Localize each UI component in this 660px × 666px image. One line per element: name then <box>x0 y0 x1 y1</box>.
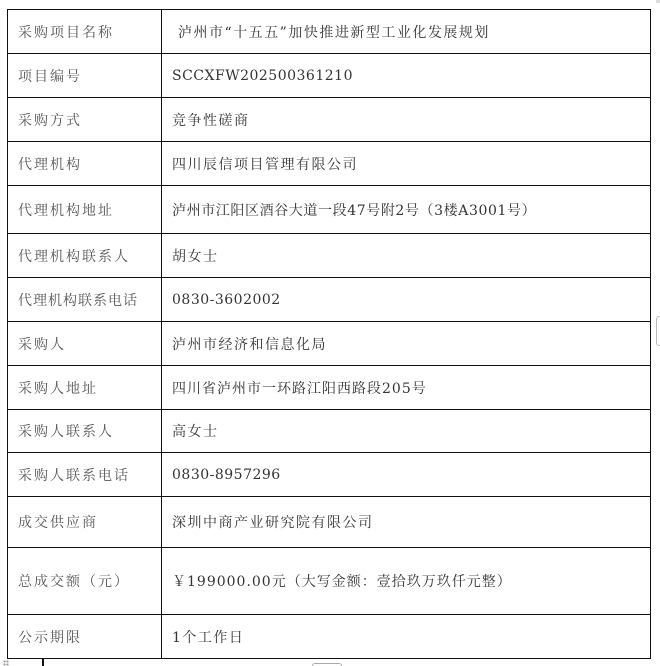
label-agency-phone: 代理机构联系电话 <box>8 278 162 322</box>
label-project-number: 项目编号 <box>8 54 162 98</box>
label-procurement-method: 采购方式 <box>8 98 162 142</box>
corner-artifact <box>656 0 660 3</box>
table-row-purchaser-contact: 采购人联系人 高女士 <box>8 410 651 453</box>
table-row-agency-address: 代理机构地址 泸州市江阳区酒谷大道一段47号附2号（3楼A3001号） <box>8 186 651 234</box>
label-total-amount: 总成交额（元） <box>8 548 162 615</box>
label-notice-period: 公示期限 <box>8 615 162 659</box>
drag-handle-icon[interactable] <box>3 660 9 666</box>
label-agency-address: 代理机构地址 <box>8 186 162 234</box>
text-cursor <box>42 658 44 666</box>
value-agency-contact: 胡女士 <box>162 234 651 278</box>
label-agency-contact: 代理机构联系人 <box>8 234 162 278</box>
procurement-result-table: 采购项目名称 泸州市“十五五”加快推进新型工业化发展规划 项目编号 SCCXFW… <box>7 9 651 659</box>
table-row-agency: 代理机构 四川辰信项目管理有限公司 <box>8 142 651 186</box>
value-procurement-method: 竞争性磋商 <box>162 98 651 142</box>
label-project-name: 采购项目名称 <box>8 10 162 54</box>
value-purchaser-phone: 0830-8957296 <box>162 453 651 497</box>
table-row-notice-period: 公示期限 1个工作日 <box>8 615 651 659</box>
value-agency-address: 泸州市江阳区酒谷大道一段47号附2号（3楼A3001号） <box>162 186 651 234</box>
value-purchaser-contact: 高女士 <box>162 410 651 453</box>
table-row-purchaser-phone: 采购人联系电话 0830-8957296 <box>8 453 651 497</box>
value-purchaser-address: 四川省泸州市一环路江阳西路段205号 <box>162 366 651 410</box>
table-row-purchaser: 采购人 泸州市经济和信息化局 <box>8 322 651 366</box>
table-row-project-number: 项目编号 SCCXFW202500361210 <box>8 54 651 98</box>
table-row-total-amount: 总成交额（元） ￥199000.00元（大写金额：壹拾玖万玖仟元整） <box>8 548 651 615</box>
value-agency-phone: 0830-3602002 <box>162 278 651 322</box>
label-purchaser-contact: 采购人联系人 <box>8 410 162 453</box>
table-row-procurement-method: 采购方式 竞争性磋商 <box>8 98 651 142</box>
value-agency: 四川辰信项目管理有限公司 <box>162 142 651 186</box>
label-agency: 代理机构 <box>8 142 162 186</box>
value-project-name: 泸州市“十五五”加快推进新型工业化发展规划 <box>162 10 651 54</box>
table-row-agency-phone: 代理机构联系电话 0830-3602002 <box>8 278 651 322</box>
label-purchaser-phone: 采购人联系电话 <box>8 453 162 497</box>
side-scroll-handle[interactable] <box>656 316 660 346</box>
table-row-agency-contact: 代理机构联系人 胡女士 <box>8 234 651 278</box>
value-notice-period: 1个工作日 <box>162 615 651 659</box>
value-project-number: SCCXFW202500361210 <box>162 54 651 98</box>
table-row-project-name: 采购项目名称 泸州市“十五五”加快推进新型工业化发展规划 <box>8 10 651 54</box>
label-purchaser-address: 采购人地址 <box>8 366 162 410</box>
value-supplier: 深圳中商产业研究院有限公司 <box>162 497 651 548</box>
label-purchaser: 采购人 <box>8 322 162 366</box>
value-purchaser: 泸州市经济和信息化局 <box>162 322 651 366</box>
table-row-supplier: 成交供应商 深圳中商产业研究院有限公司 <box>8 497 651 548</box>
value-total-amount: ￥199000.00元（大写金额：壹拾玖万玖仟元整） <box>162 548 651 615</box>
label-supplier: 成交供应商 <box>8 497 162 548</box>
table-row-purchaser-address: 采购人地址 四川省泸州市一环路江阳西路段205号 <box>8 366 651 410</box>
